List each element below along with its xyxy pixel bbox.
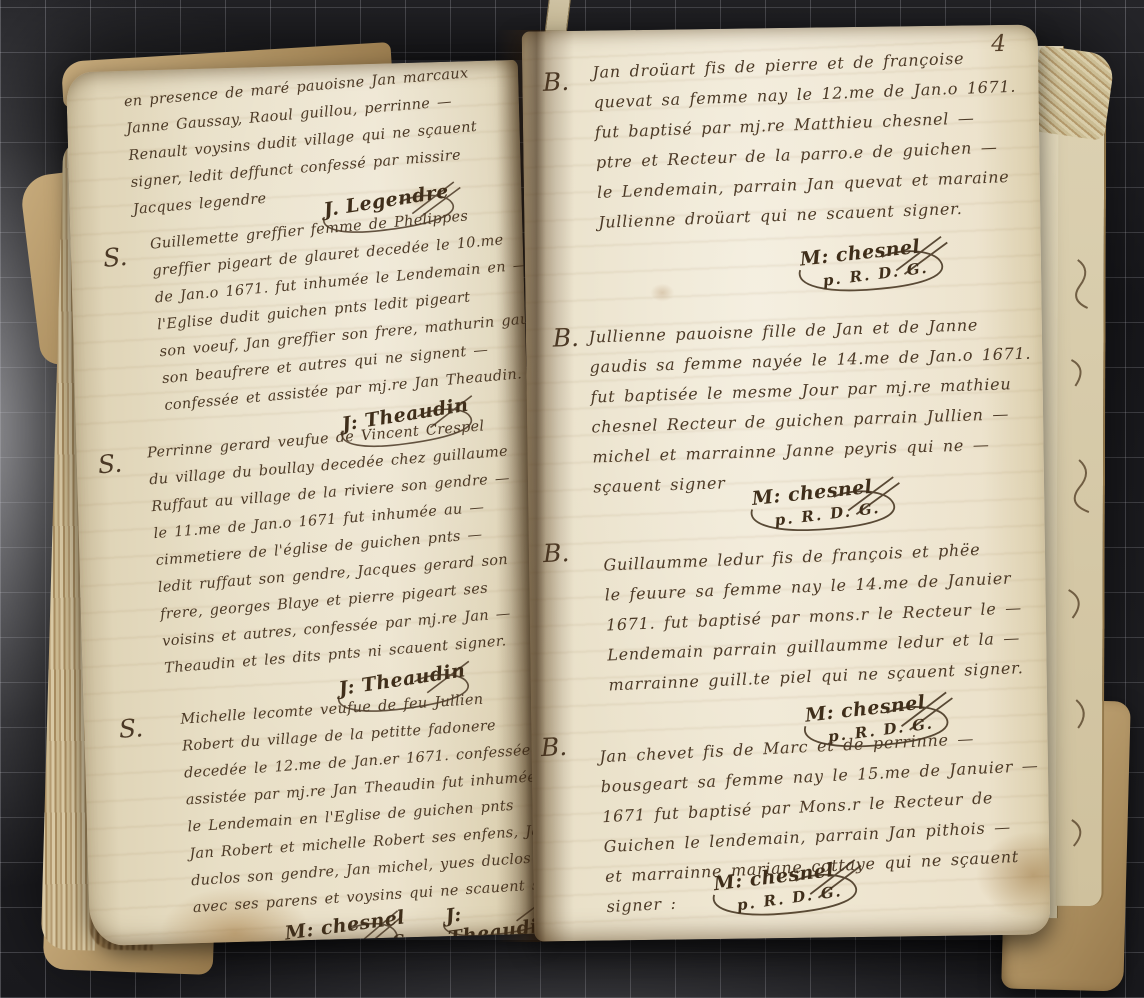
margin-letter: B. xyxy=(540,732,568,762)
manuscript-entry: S. Michelle lecomte veufue de feu Jullie… xyxy=(180,682,542,922)
fore-edge-strip-with-ink xyxy=(1056,60,1107,906)
margin-letter: B. xyxy=(542,538,570,568)
manuscript-entry: en presence de maré pauoisne Jan marcaux… xyxy=(123,60,505,224)
margin-letter: B. xyxy=(552,323,579,353)
margin-letter: S. xyxy=(97,449,123,480)
signature-block: M: chesnel p. R. D. G. xyxy=(751,479,881,525)
manuscript-entry: B. Jullienne pauoisne fille de Jan et de… xyxy=(588,309,1029,503)
fore-edge-ink-flourishes-icon xyxy=(1056,60,1105,906)
manuscript-entry: S. Guillemette greffier femme de Phelipp… xyxy=(149,199,536,420)
manuscript-entry: B. Jan droüart fis de pierre et de franç… xyxy=(592,41,1031,237)
manuscript-entry: B. Guillaumme ledur fis de françois et p… xyxy=(603,533,1039,701)
right-page: 4 B. Jan droüart fis de pierre et de fra… xyxy=(522,24,1051,941)
margin-letter: S. xyxy=(118,713,144,744)
left-page: en presence de maré pauoisne Jan marcaux… xyxy=(66,60,542,946)
signature-block: M: chesnel p. R. D. G. xyxy=(799,239,929,286)
margin-letter: B. xyxy=(542,67,569,97)
signature-block: M: chesnel p. R. D. G. xyxy=(713,863,843,911)
entry-text: Guillemette greffier femme de Phelippesg… xyxy=(149,199,536,420)
foxing-spot xyxy=(645,279,679,305)
entry-text: Jullienne pauoisne fille de Jan et de Ja… xyxy=(588,309,1029,503)
entry-text: Guillaumme ledur fis de françois et phëe… xyxy=(603,533,1039,701)
entry-text: Jan droüart fis de pierre et de françois… xyxy=(592,41,1031,237)
manuscript-entry: B. Jan chevet fis de Marc et de perrinne… xyxy=(599,721,1043,922)
entry-text: Perrinne gerard veufue de Vincent Crespe… xyxy=(146,410,542,683)
fanned-page-corner xyxy=(1028,45,1115,141)
margin-letter: S. xyxy=(102,242,129,273)
entry-text: Michelle lecomte veufue de feu JullienRo… xyxy=(180,682,542,922)
manuscript-entry: S. Perrinne gerard veufue de Vincent Cre… xyxy=(146,410,542,683)
photo-of-parish-register: en presence de maré pauoisne Jan marcaux… xyxy=(0,0,1144,998)
